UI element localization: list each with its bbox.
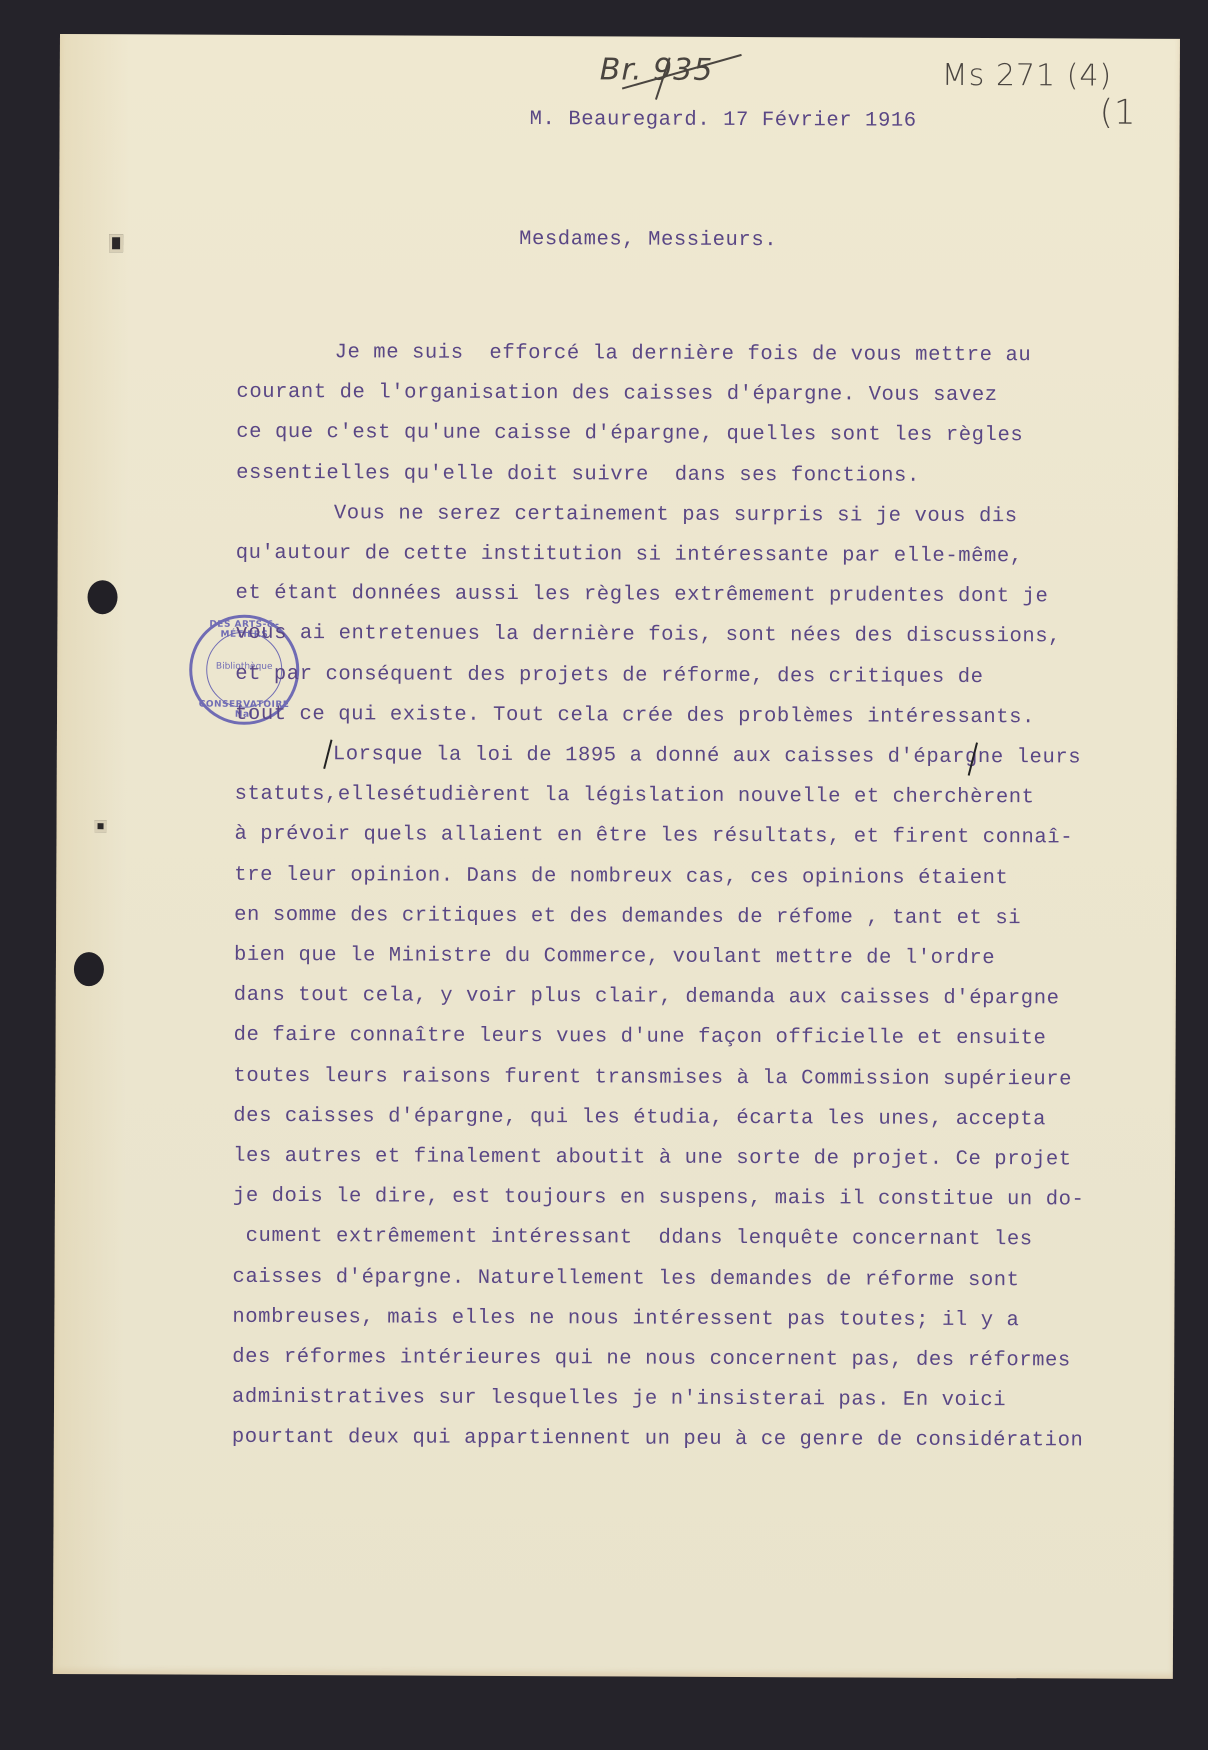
text-line: et étant données aussi les règles extrêm… [236,582,1049,609]
text-line: des caisses d'épargne, qui les étudia, é… [233,1105,1046,1132]
text-line: en somme des critiques et des demandes d… [234,904,1021,930]
text-line: des réformes intérieures qui ne nous con… [232,1346,1071,1373]
text-line: Vous ne serez certainement pas surpris s… [236,502,1018,528]
text-line: ce que c'est qu'une caisse d'épargne, qu… [236,421,1023,447]
paper-tear-mark [109,234,123,252]
salutation: Mesdames, Messieurs. [519,228,777,252]
punch-hole [74,952,104,986]
text-line: à prévoir quels allaient en être les rés… [234,823,1073,850]
text-line: pourtant deux qui appartiennent un peu à… [232,1426,1084,1453]
text-line: je dois le dire, est toujours en suspens… [233,1185,1085,1212]
text-line: courant de l'organisation des caisses d'… [236,381,997,407]
text-line: bien que le Ministre du Commerce, voulan… [234,944,995,970]
page-marker-annotation: (1 [1100,93,1137,133]
text-line: dans tout cela, y voir plus clair, deman… [234,984,1060,1011]
text-line: et par conséquent des projets de réforme… [235,662,983,688]
body-text: Je me suis efforcé la dernière fois de v… [60,34,1180,39]
text-line: tout ce qui existe. Tout cela crée des p… [235,703,1035,729]
text-line: toutes leurs raisons furent transmises à… [233,1064,1072,1091]
text-line: caisses d'épargne. Naturellement les dem… [233,1265,1020,1291]
call-number-annotation: Br. 935 [600,52,714,87]
text-line: tre leur opinion. Dans de nombreux cas, … [234,863,1008,889]
document-page: Br. 935 Ms 271 (4) (1 M. Beauregard. 17 … [53,34,1180,1679]
text-line: vous ai entretenues la dernière fois, so… [235,622,1061,649]
punch-hole [87,580,117,614]
text-line: cument extrêmement intéressant ddans len… [233,1225,1033,1251]
text-line: nombreuses, mais elles ne nous intéresse… [232,1306,1019,1332]
text-line: qu'autour de cette institution si intére… [236,542,1023,568]
document-heading: M. Beauregard. 17 Février 1916 [530,108,917,133]
manuscript-ref-annotation: Ms 271 (4) [942,58,1112,94]
paper-tear-mark [95,820,107,832]
text-line: Je me suis efforcé la dernière fois de v… [237,341,1032,367]
text-line: administratives sur lesquelles je n'insi… [232,1386,1006,1412]
text-line: les autres et finalement aboutit à une s… [233,1145,1072,1172]
text-line: de faire connaître leurs vues d'une faço… [234,1024,1047,1051]
text-line: Lorsque la loi de 1895 a donné aux caiss… [235,743,1081,770]
call-number-text: Br. 935 [600,52,714,87]
text-line: essentielles qu'elle doit suivre dans se… [236,461,920,487]
text-line: statuts,ellesétudièrent la législation n… [235,783,1035,809]
